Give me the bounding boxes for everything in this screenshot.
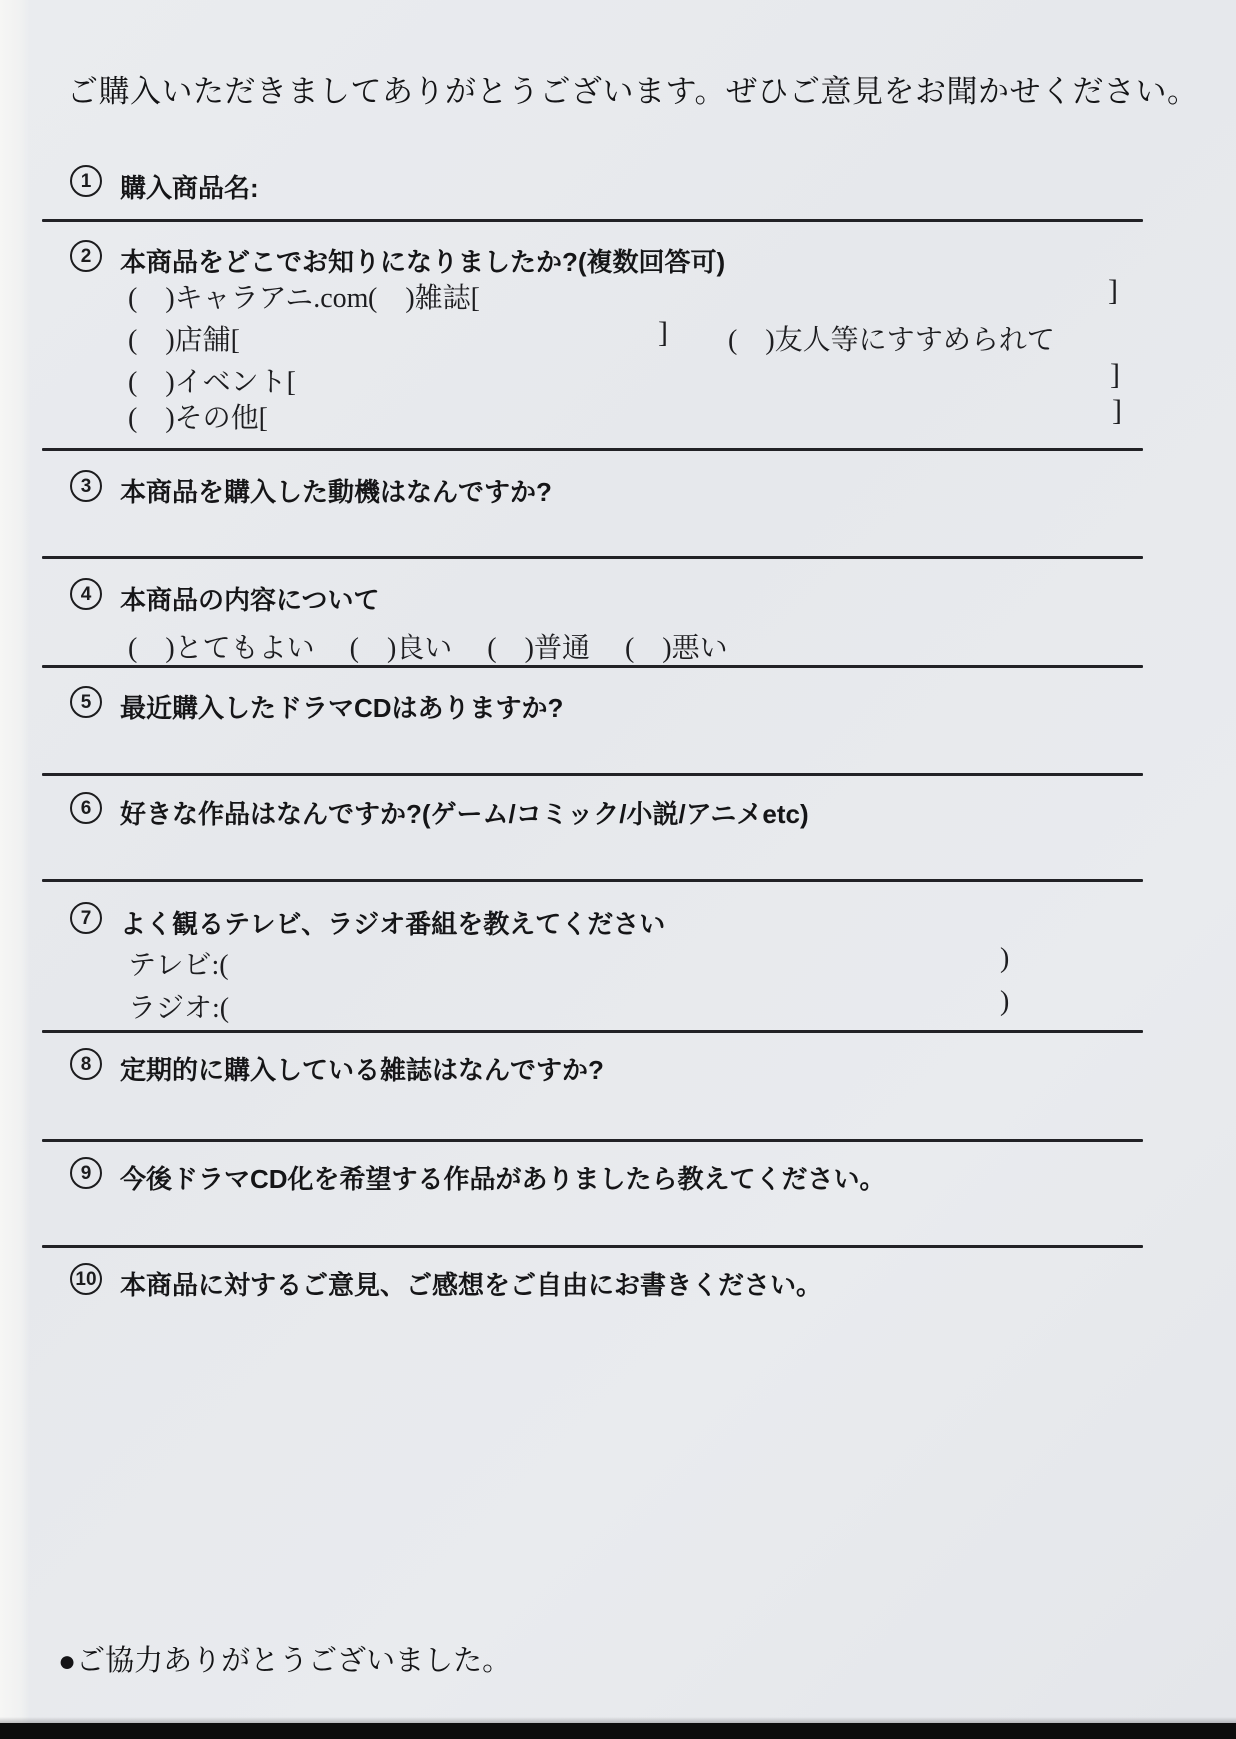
question-6-title: 好きな作品はなんですか?(ゲーム/コミック/小説/アニメetc): [120, 794, 809, 831]
question-1-number: 1: [70, 165, 102, 197]
separator-line: [42, 773, 1143, 776]
option-shop: ( )店舗[: [128, 318, 240, 358]
separator-line: [42, 665, 1143, 668]
option-magazine: ( )雑誌[: [368, 276, 480, 316]
separator-line: [42, 219, 1143, 222]
magazine-blank-close-bracket: ]: [1108, 274, 1118, 308]
question-10-number: 10: [70, 1263, 102, 1295]
question-10-title: 本商品に対するご意見、ご感想をご自由にお書きください。: [120, 1265, 822, 1302]
question-7-number: 7: [70, 902, 102, 934]
question-4-title: 本商品の内容について: [120, 580, 379, 617]
option-other: ( )その他[: [128, 396, 268, 436]
footer-thanks-text: ご協力ありがとうございました。: [76, 1645, 511, 1677]
option-event: ( )イベント[: [128, 360, 296, 400]
separator-line: [42, 1030, 1143, 1033]
question-9-number: 9: [70, 1157, 102, 1189]
question-3-number: 3: [70, 470, 102, 502]
question-5-title: 最近購入したドラマCDはありますか?: [120, 688, 563, 725]
scan-edge-left: [0, 0, 30, 1739]
bullet-icon: ●: [58, 1645, 76, 1678]
question-4-number: 4: [70, 578, 102, 610]
question-7-title: よく観るテレビ、ラジオ番組を教えてください: [120, 904, 665, 941]
tv-field-label: テレビ:(: [128, 943, 229, 983]
shop-blank-close-bracket: ]: [658, 316, 668, 350]
question-2-title: 本商品をどこでお知りになりましたか?(複数回答可): [120, 242, 725, 279]
separator-line: [42, 879, 1143, 882]
form-greeting: ご購入いただきましてありがとうございます。ぜひご意見をお聞かせください。: [67, 66, 1199, 111]
question-8-title: 定期的に購入している雑誌はなんですか?: [120, 1050, 604, 1087]
question-9-title: 今後ドラマCD化を希望する作品がありましたら教えてください。: [120, 1159, 886, 1196]
question-8-number: 8: [70, 1048, 102, 1080]
event-blank-close-bracket: ]: [1110, 358, 1120, 392]
scan-edge-bottom: [0, 1723, 1236, 1739]
separator-line: [42, 1139, 1143, 1142]
question-2-number: 2: [70, 240, 102, 272]
question-5-number: 5: [70, 686, 102, 718]
tv-field-close-paren: ): [1000, 943, 1009, 975]
option-charaani-com: ( )キャラアニ.com: [128, 276, 368, 316]
footer-thanks: ●ご協力ありがとうございました。: [58, 1638, 511, 1679]
separator-line: [42, 448, 1143, 451]
question-3-title: 本商品を購入した動機はなんですか?: [120, 472, 552, 509]
radio-field-close-paren: ): [1000, 986, 1009, 1018]
radio-field-label: ラジオ:(: [128, 986, 229, 1026]
option-recommended-by-friend: ( )友人等にすすめられて: [728, 318, 1055, 358]
separator-line: [42, 556, 1143, 559]
rating-options: ( )とてもよい ( )良い ( )普通 ( )悪い: [128, 626, 728, 666]
other-blank-close-bracket: ]: [1112, 394, 1122, 428]
scanned-questionnaire-page: ご購入いただきましてありがとうございます。ぜひご意見をお聞かせください。 1 購…: [0, 0, 1236, 1739]
question-1-title: 購入商品名:: [120, 168, 259, 205]
separator-line: [42, 1245, 1143, 1248]
question-6-number: 6: [70, 792, 102, 824]
